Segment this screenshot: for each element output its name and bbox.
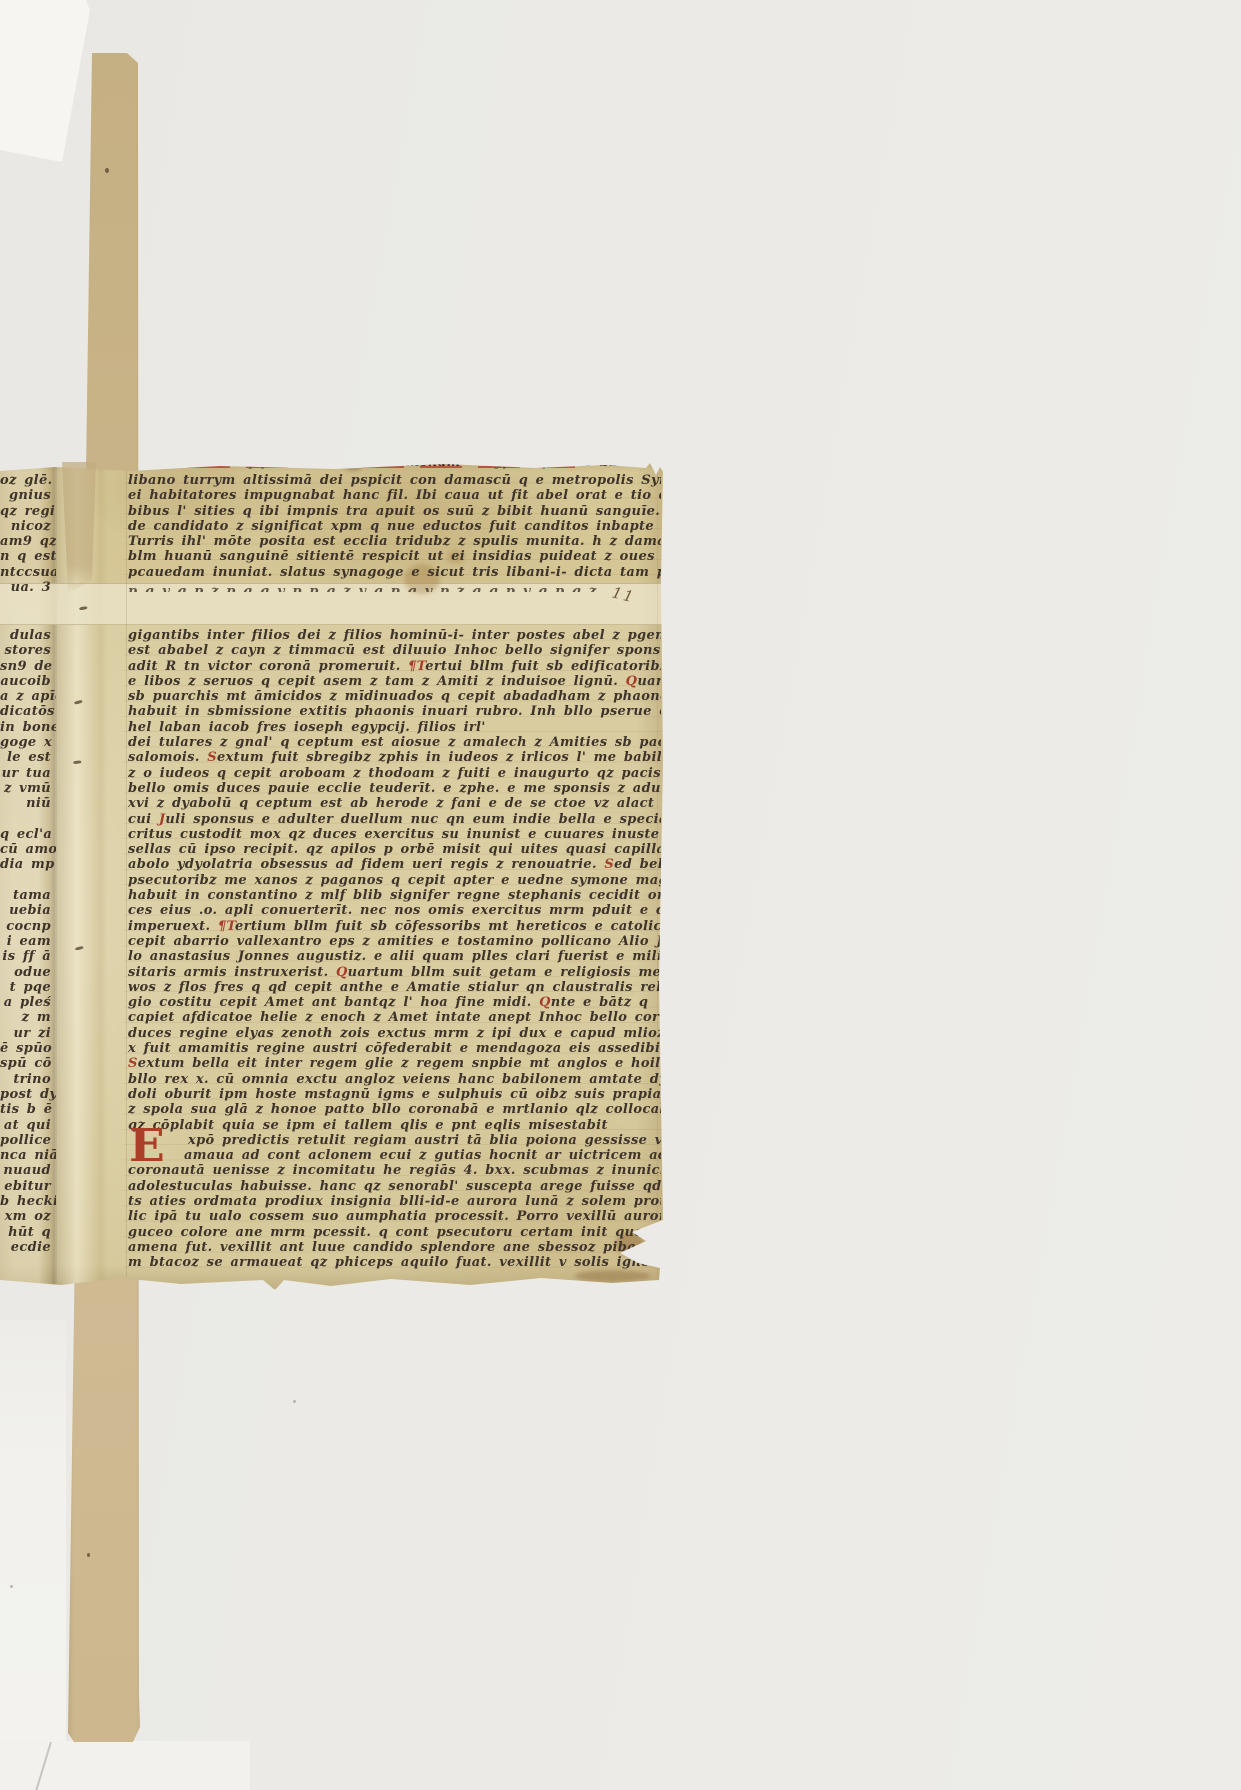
text-line: coronautā uenisse z incomitatu he regiās…	[128, 1163, 661, 1178]
text-line: am9 qz	[0, 534, 56, 549]
text-line: trino	[0, 1072, 56, 1087]
flap-text-block: libano turrym altissimā dei pspicit con …	[128, 473, 661, 580]
text-line: xvi z dyabolū q ceptum est ab herode z f…	[128, 796, 661, 811]
facing-fragment-text-bottom: dulasstoressn9 deaucoiba z apīodicatōsin…	[0, 628, 56, 1270]
red-ink-text: Q	[336, 965, 348, 980]
text-line: hūt q	[0, 1225, 56, 1240]
text-line: qz regiū	[0, 504, 56, 519]
text-line: q ecl'a	[0, 827, 56, 842]
text-line: ut cm mcuem qspuct coi - tum mcmcham - -…	[128, 462, 648, 470]
text-line: ei habitatores impugnabat hanc fil. Ibi …	[128, 488, 661, 503]
text-line: amena fut. vexillit ant luue candido spl…	[128, 1240, 661, 1255]
text-line: sitaris armis instruxerist. Quartum bllm…	[128, 965, 661, 980]
text-line: adit R tn victor coronā promeruit. ¶Tert…	[128, 659, 661, 674]
dust-speck	[10, 1585, 13, 1588]
fold-cut-line: p q y g p z p q g y p p q z y g p q y p …	[128, 584, 648, 592]
margin-rule-left	[126, 464, 127, 1276]
text-line: tama	[0, 888, 56, 903]
text-line: ē spūo	[0, 1041, 56, 1056]
manuscript-scan: ut cm mcuem qspuct coi - tum mcmcham - -…	[0, 0, 1241, 1790]
text-line: b heckia	[0, 1194, 56, 1209]
text-line: dia mp	[0, 857, 56, 872]
text-line: tis b ē	[0, 1102, 56, 1117]
strip-speck	[105, 168, 109, 173]
backing-sheet-corner	[0, 0, 100, 175]
red-ink-text: Q	[626, 674, 638, 689]
text-line: lo anastasius Jonnes augustiz. e alii qu…	[128, 949, 661, 964]
text-line: is ff ā	[0, 949, 56, 964]
text-line: critus custodit mox qz duces exercitus s…	[128, 827, 661, 842]
text-line: x fuit amamitis regine austri cōfederabi…	[128, 1041, 661, 1056]
text-line: duces regine elyas zenoth zois exctus mr…	[128, 1026, 661, 1041]
text-line: nicoz	[0, 519, 56, 534]
text-line: ntccsua	[0, 565, 56, 580]
text-line: post dy.	[0, 1087, 56, 1102]
manuscript-leaf: ut cm mcuem qspuct coi - tum mcmcham - -…	[0, 462, 663, 1289]
text-line	[0, 1255, 56, 1270]
text-line: abolo ydyolatria obsessus ad fidem ueri …	[128, 857, 661, 872]
text-line: niū	[0, 796, 56, 811]
text-line: bibus l' sities q ibi impnis tra apuit o…	[128, 504, 661, 519]
text-line: pollice	[0, 1133, 56, 1148]
text-line: aucoib	[0, 674, 56, 689]
text-line: a z apīo	[0, 689, 56, 704]
text-line: e libos z seruos q cepit asem z tam z Am…	[128, 674, 661, 689]
text-line: gigantibs inter filios dei z filios homi…	[128, 628, 661, 643]
text-line: capiet afdicatoe helie z enoch z Amet in…	[128, 1010, 661, 1025]
stain	[575, 1270, 650, 1282]
text-line: n q est	[0, 549, 56, 564]
text-line: dulas	[0, 628, 56, 643]
text-line: cū amo	[0, 842, 56, 857]
text-line: gnius	[0, 488, 56, 503]
text-line: ebitur	[0, 1179, 56, 1194]
dust-speck	[293, 1400, 296, 1403]
text-line: bllo rex x. cū omnia exctu angloz veiens…	[128, 1072, 661, 1087]
text-line: adolestuculas habuisse. hanc qz senorabl…	[128, 1179, 661, 1194]
text-line: dei tulares z gnal' q ceptum est aiosue …	[128, 735, 661, 750]
red-ink-text: coi - tum	[302, 462, 376, 470]
text-line: xpō predictis retulit regiam austri tā b…	[128, 1133, 661, 1148]
text-line: hel laban iacob fres ioseph egypcij. fil…	[128, 720, 661, 735]
text-line: psecutoribz me xanos z paganos q cepit a…	[128, 873, 661, 888]
red-ink-text: ¶T	[218, 919, 235, 934]
text-line: Sextum bella eit inter regem glie z rege…	[128, 1056, 661, 1071]
text-line: p q y g p z p q g y p p q z y g p q y p …	[128, 584, 648, 592]
text-line	[0, 873, 56, 888]
text-line: wos z flos fres q qd cepit anthe e Amati…	[128, 980, 661, 995]
text-line: z o iudeos q cepit aroboam z thodoam z f…	[128, 766, 661, 781]
text-line: oz glē.	[0, 473, 56, 488]
text-line: xm oz	[0, 1209, 56, 1224]
red-underlined-text: nca niā	[0, 1148, 56, 1163]
text-line: dicatōs	[0, 704, 56, 719]
strip-speck	[87, 1553, 90, 1557]
text-line: Turris ihl' mōte posita est ecclia tridu…	[128, 534, 661, 549]
text-line: doli oburit ipm hoste mstagnū igms e sul…	[128, 1087, 661, 1102]
red-rubric-strokes	[130, 466, 575, 468]
text-line: goge x	[0, 735, 56, 750]
text-line: z spola sua glā z honoe patto bllo coron…	[128, 1102, 661, 1117]
text-line: ts aties ordmata prodiux insignia blli-i…	[128, 1194, 661, 1209]
text-line: ua. 3	[0, 580, 56, 595]
text-line: at qui	[0, 1118, 56, 1133]
text-line: est ababel z cayn z timmacū est diluuio …	[128, 643, 661, 658]
text-line: odue	[0, 965, 56, 980]
text-line: lic ipā tu ualo cossem suo aumphatia pro…	[128, 1209, 661, 1224]
text-line: blm huanū sanguinē sitientē respicit ut …	[128, 549, 661, 564]
text-line: uebia	[0, 903, 56, 918]
text-line: stores	[0, 643, 56, 658]
text-line: ur zi	[0, 1026, 56, 1041]
red-ink-text: Q	[539, 995, 551, 1010]
text-line: qz cōplabit quia se ipm ei tallem qlis e…	[128, 1118, 661, 1133]
text-line: bello omis duces pauie ecclie teuderīt. …	[128, 781, 661, 796]
text-line: gio costitu cepit Amet ant bantqz l' hoa…	[128, 995, 661, 1010]
text-line: nca niā	[0, 1148, 56, 1163]
text-line: i eam	[0, 934, 56, 949]
text-line: pcauedam inuniat. slatus synagoge e sicu…	[128, 565, 661, 580]
text-line: habuit in sbmissione extitis phaonis inu…	[128, 704, 661, 719]
text-line: nuaud	[0, 1163, 56, 1178]
text-line: de candidato z significat xpm q nue educ…	[128, 519, 661, 534]
text-line: a pleś	[0, 995, 56, 1010]
red-ink-text: ¶T	[408, 659, 425, 674]
text-line: cui Juli sponsus e adulter duellum nuc q…	[128, 812, 661, 827]
text-line: salomois. Sextum fuit sbregibz zphis in …	[128, 750, 661, 765]
text-line: imperuext. ¶Tertium bllm fuit sb cōfesso…	[128, 919, 661, 934]
text-line: ecdie	[0, 1240, 56, 1255]
red-ink-text: S	[604, 857, 614, 872]
text-line: cocnp	[0, 919, 56, 934]
text-line: m btacoz se armaueat qz phiceps aquilo f…	[128, 1255, 661, 1270]
facing-fragment-text-top: oz glē.gniusqz regiūnicozam9 qzn q estnt…	[0, 473, 56, 595]
text-line: le est	[0, 750, 56, 765]
text-line: z vmū	[0, 781, 56, 796]
text-line: spū cō	[0, 1056, 56, 1071]
text-line: t pqe	[0, 980, 56, 995]
text-line: habuit in constantino z mlf blib signife…	[128, 888, 661, 903]
red-ink-text: S	[128, 1056, 138, 1071]
text-line: sb puarchis mt āmicidos z mīdinuados q c…	[128, 689, 661, 704]
text-line: sellas cū ipso recipit. qz apilos p orbē…	[128, 842, 661, 857]
text-line: libano turrym altissimā dei pspicit con …	[128, 473, 661, 488]
text-line: sn9 de	[0, 659, 56, 674]
text-line	[0, 812, 56, 827]
text-line: z m	[0, 1010, 56, 1025]
main-text-block: gigantibs inter filios dei z filios homi…	[128, 628, 661, 1270]
text-line: amaua ad cont aclonem ecui z gutias hocn…	[128, 1148, 661, 1163]
text-line: cepit abarrio vallexantro eps z amities …	[128, 934, 661, 949]
text-line: ur tua	[0, 766, 56, 781]
text-line: in bone	[0, 720, 56, 735]
red-ink-text: S	[207, 750, 217, 765]
text-line: guceo colore ane mrm pcessit. q cont pse…	[128, 1225, 661, 1240]
backing-sheet-lower-left	[0, 1320, 66, 1790]
red-initial-E: E	[129, 1126, 165, 1168]
text-line: ces eius .o. apli conuerterīt. nec nos o…	[128, 903, 661, 918]
